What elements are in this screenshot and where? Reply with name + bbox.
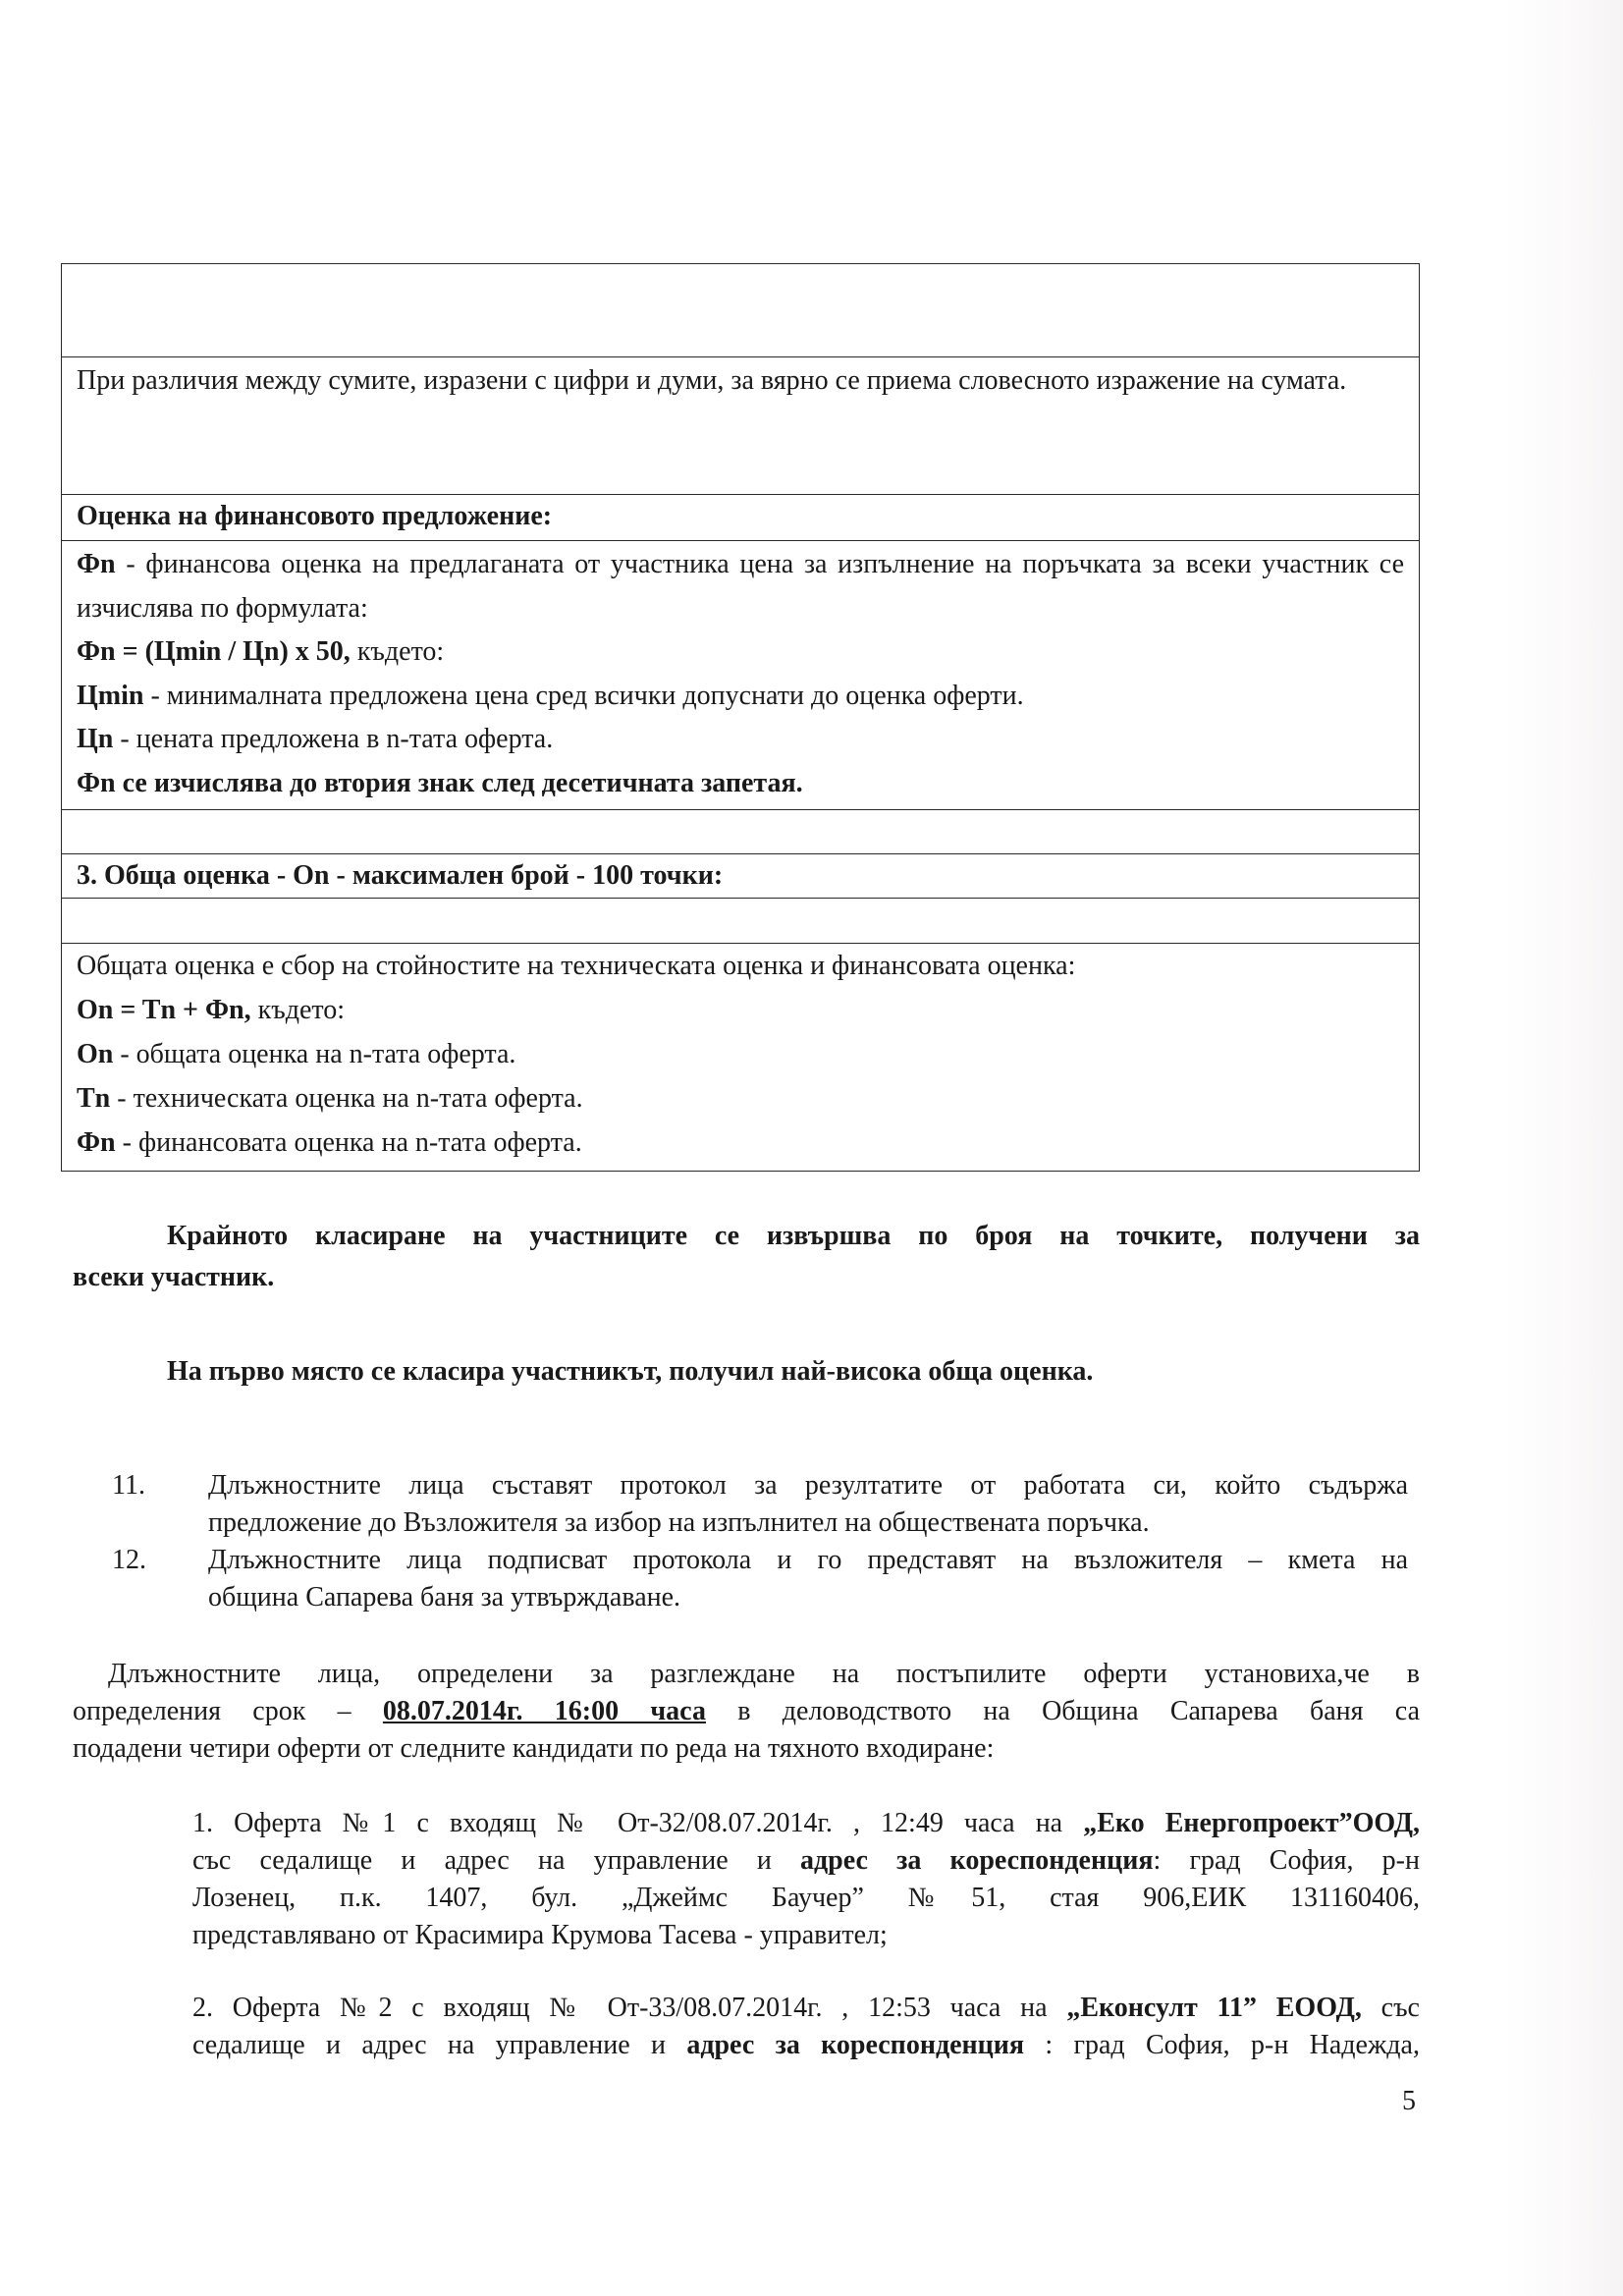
page-number: 5 [1402,2086,1416,2117]
on-definition: On - общата оценка на n-тата оферта. [77,1032,1404,1076]
table-row-spacer-2 [62,899,1420,944]
ranking-paragraph: Крайното класиране на участниците се изв… [73,1216,1420,1298]
offer-2: 2. Оферта №2 с входящ № От-33/08.07.2014… [192,1990,1420,2064]
table-cell-spacer [62,810,1420,854]
table-row-empty [62,264,1420,357]
table-row-spacer [62,810,1420,854]
deadline-date: 08.07.2014г. 16:00 часа [383,1696,706,1726]
table-row-sums-note: При различия между сумите, изразени с ци… [62,357,1420,495]
scan-edge-shading [1505,0,1623,2296]
table-row-fin-heading: Оценка на финансовото предложение: [62,495,1420,541]
first-place-paragraph: На първо място се класира участникът, по… [167,1351,1420,1393]
list-item-11: 11. Длъжностните лица съставят протокол … [112,1467,1420,1546]
offer-1: 1. Оферта №1 с входящ № От-32/08.07.2014… [192,1805,1420,1954]
offer-1-company: „Еко Енергопроект”ООД, [1083,1808,1420,1838]
cmin-definition: Цmin - минималната предложена цена сред … [77,675,1404,719]
cn-definition: Цn - цената предложена в n-тата оферта. [77,718,1404,762]
table-cell-empty [62,264,1420,357]
fn-definition: Фn - финансова оценка на предлаганата от… [77,543,1404,630]
tn-definition: Tn - техническата оценка на n-тата оферт… [77,1076,1404,1121]
total-details-cell: Общата оценка е сбор на стойностите на т… [62,944,1420,1172]
table-row-fin-details: Фn - финансова оценка на предлаганата от… [62,541,1420,810]
table-row-total-heading: 3. Обща оценка - On - максимален брой - … [62,854,1420,899]
table-row-total-details: Общата оценка е сбор на стойностите на т… [62,944,1420,1172]
total-heading: 3. Обща оценка - On - максимален брой - … [62,854,1420,899]
offer-2-company: „Еконсулт 11” ЕООД, [1066,1993,1362,2023]
sums-note-text: При различия между сумите, изразени с ци… [62,357,1420,495]
table-cell-spacer-2 [62,899,1420,944]
total-intro: Общата оценка е сбор на стойностите на т… [77,944,1404,988]
fn-formula: Фn = (Цmin / Цn) x 50, където: [77,630,1404,675]
fin-details-cell: Фn - финансова оценка на предлаганата от… [62,541,1420,810]
on-formula: On = Tn + Фn, където: [77,988,1404,1032]
officials-paragraph: Длъжностните лица, определени за разглеж… [73,1656,1420,1768]
fn-final-definition: Фn - финансовата оценка на n-тата оферта… [77,1121,1404,1165]
document-page: При различия между сумите, изразени с ци… [0,0,1623,2296]
rounding-note: Фn се изчислява до втория знак след десе… [77,762,1404,806]
fin-heading: Оценка на финансовото предложение: [62,495,1420,541]
list-item-12: 12. Длъжностните лица подписват протокол… [112,1542,1420,1620]
evaluation-criteria-table: При различия между сумите, изразени с ци… [61,263,1420,1172]
